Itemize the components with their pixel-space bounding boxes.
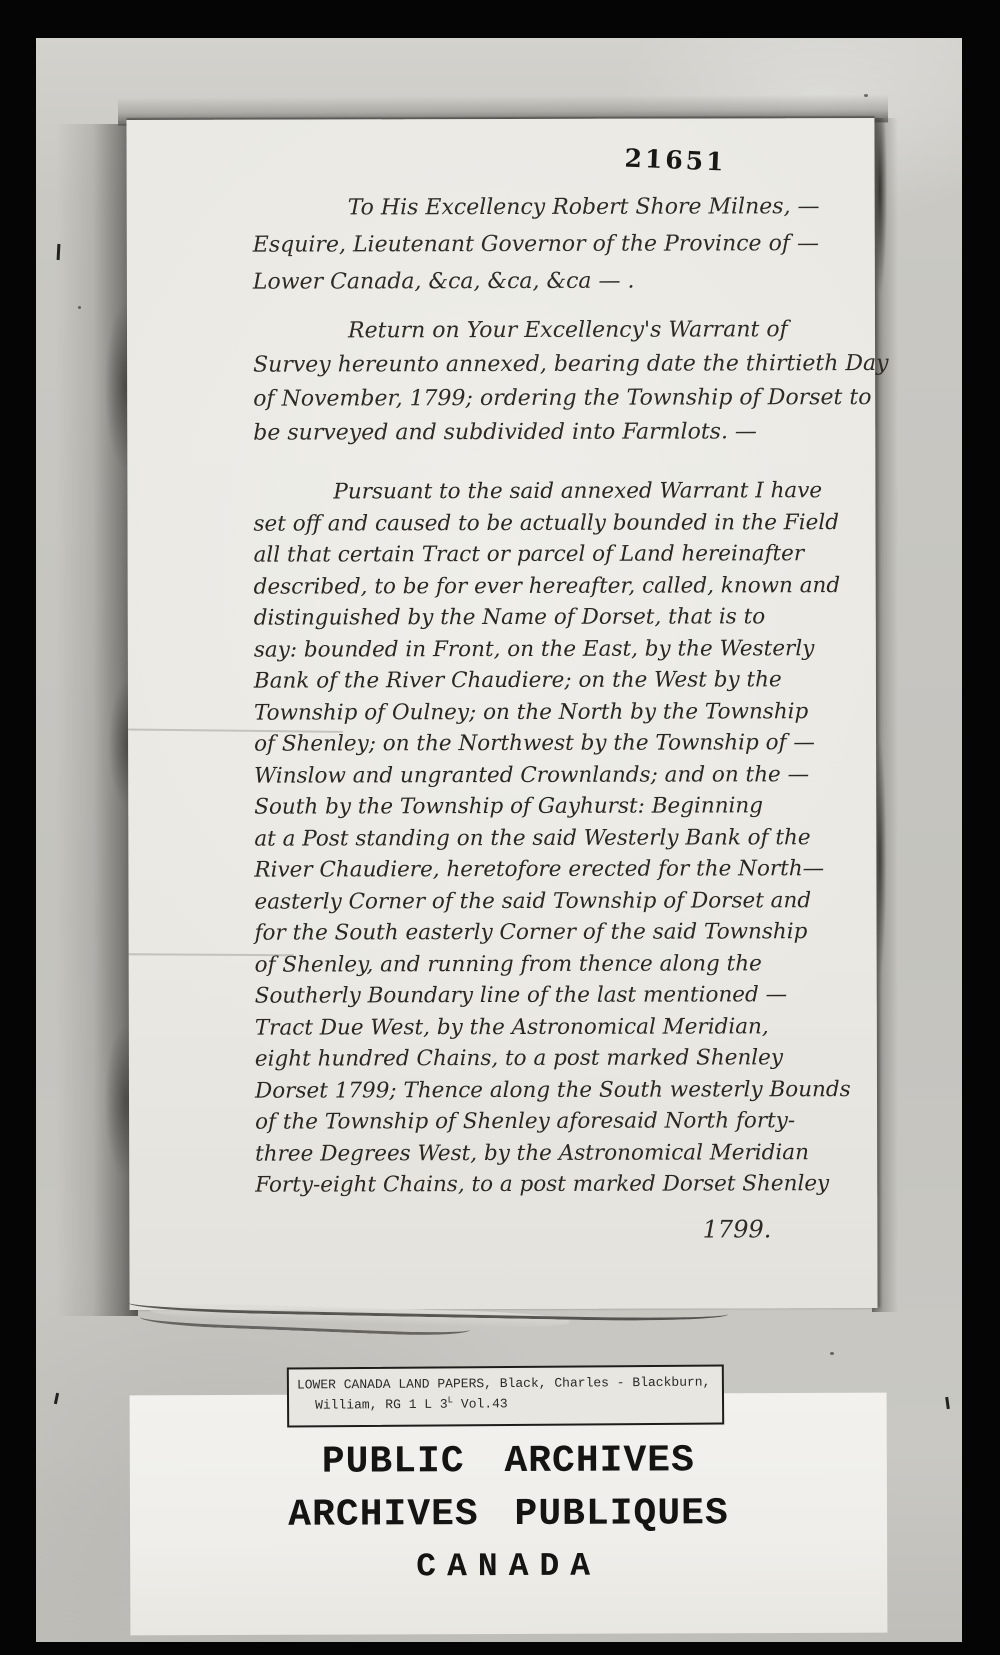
manuscript-line: all that certain Tract or parcel of Land…: [254, 538, 858, 571]
manuscript-line: Bank of the River Chaudiere; on the West…: [254, 664, 858, 697]
manuscript-paragraph: Return on Your Excellency's Warrant ofSu…: [253, 313, 857, 451]
manuscript-line: River Chaudiere, heretofore erected for …: [254, 853, 858, 886]
manuscript-line: at a Post standing on the said Westerly …: [254, 822, 858, 855]
label-line-1: LOWER CANADA LAND PAPERS, Black, Charles…: [297, 1374, 716, 1394]
label-line-2-volume: Vol.43: [453, 1396, 508, 1411]
manuscript-line: To His Excellency Robert Shore Milnes, —: [253, 188, 857, 227]
manuscript-line: Pursuant to the said annexed Warrant I h…: [253, 475, 857, 508]
manuscript-paragraph: To His Excellency Robert Shore Milnes, —…: [253, 188, 857, 301]
manuscript-line: easterly Corner of the said Township of …: [254, 885, 858, 918]
manuscript-line: of the Township of Shenley aforesaid Nor…: [255, 1105, 859, 1138]
manuscript-line: for the South easterly Corner of the sai…: [255, 916, 859, 949]
page-left-edge-shadow: [56, 124, 138, 1316]
manuscript-line: South by the Township of Gayhurst: Begin…: [254, 790, 858, 823]
archive-reference-label: LOWER CANADA LAND PAPERS, Black, Charles…: [287, 1364, 724, 1427]
manuscript-line: of November, 1799; ordering the Township…: [253, 381, 857, 417]
manuscript-line: Return on Your Excellency's Warrant of: [253, 313, 857, 349]
label-line-2: William, RG 1 L 3L Vol.43: [297, 1391, 716, 1414]
manuscript-line: eight hundred Chains, to a post marked S…: [255, 1042, 859, 1075]
manuscript-line: Forty-eight Chains, to a post marked Dor…: [255, 1168, 859, 1201]
public-archives-card: PUBLIC ARCHIVES ARCHIVES PUBLIQUES CANAD…: [130, 1393, 888, 1636]
dust-speck: [78, 306, 81, 309]
manuscript-line: 1799.: [255, 1212, 771, 1247]
page-crease: [129, 953, 294, 956]
manuscript-line: described, to be for ever hereafter, cal…: [254, 570, 858, 603]
manuscript-line: say: bounded in Front, on the East, by t…: [254, 633, 858, 666]
manuscript-line: Southerly Boundary line of the last ment…: [255, 979, 859, 1012]
manuscript-line: Survey hereunto annexed, bearing date th…: [253, 347, 857, 383]
manuscript-paragraph: Pursuant to the said annexed Warrant I h…: [253, 475, 859, 1201]
dust-speck: [864, 94, 868, 97]
manuscript-line: Dorset 1799; Thence along the South west…: [255, 1074, 859, 1107]
card-line-country: CANADA: [130, 1547, 887, 1587]
manuscript-line: Township of Oulney; on the North by the …: [254, 696, 858, 729]
manuscript-line: set off and caused to be actually bounde…: [253, 507, 857, 540]
manuscript-line: of Shenley, and running from thence alon…: [255, 948, 859, 981]
label-line-2-text: William, RG 1 L 3: [315, 1397, 448, 1413]
dust-speck: [830, 1352, 834, 1355]
card-line-english: PUBLIC ARCHIVES: [130, 1439, 887, 1485]
manuscript-paragraph: 1799.: [255, 1212, 859, 1248]
manuscript-line: distinguished by the Name of Dorset, tha…: [254, 601, 858, 634]
manuscript-page: 21651 To His Excellency Robert Shore Mil…: [126, 118, 877, 1310]
manuscript-line: three Degrees West, by the Astronomical …: [255, 1137, 859, 1170]
manuscript-line: Winslow and ungranted Crownlands; and on…: [254, 759, 858, 792]
manuscript-line: Esquire, Lieutenant Governor of the Prov…: [253, 225, 857, 264]
manuscript-line: be surveyed and subdivided into Farmlots…: [253, 415, 857, 451]
manuscript-line: of Shenley; on the Northwest by the Town…: [254, 727, 858, 760]
manuscript-text: To His Excellency Robert Shore Milnes, —…: [253, 188, 860, 1247]
manuscript-line: Tract Due West, by the Astronomical Meri…: [255, 1011, 859, 1044]
card-line-french: ARCHIVES PUBLIQUES: [130, 1492, 887, 1538]
manuscript-line: Lower Canada, &ca, &ca, &ca — .: [253, 262, 857, 301]
microfilm-photo: 21651 To His Excellency Robert Shore Mil…: [0, 0, 1000, 1655]
folio-number-stamp: 21651: [624, 143, 727, 176]
